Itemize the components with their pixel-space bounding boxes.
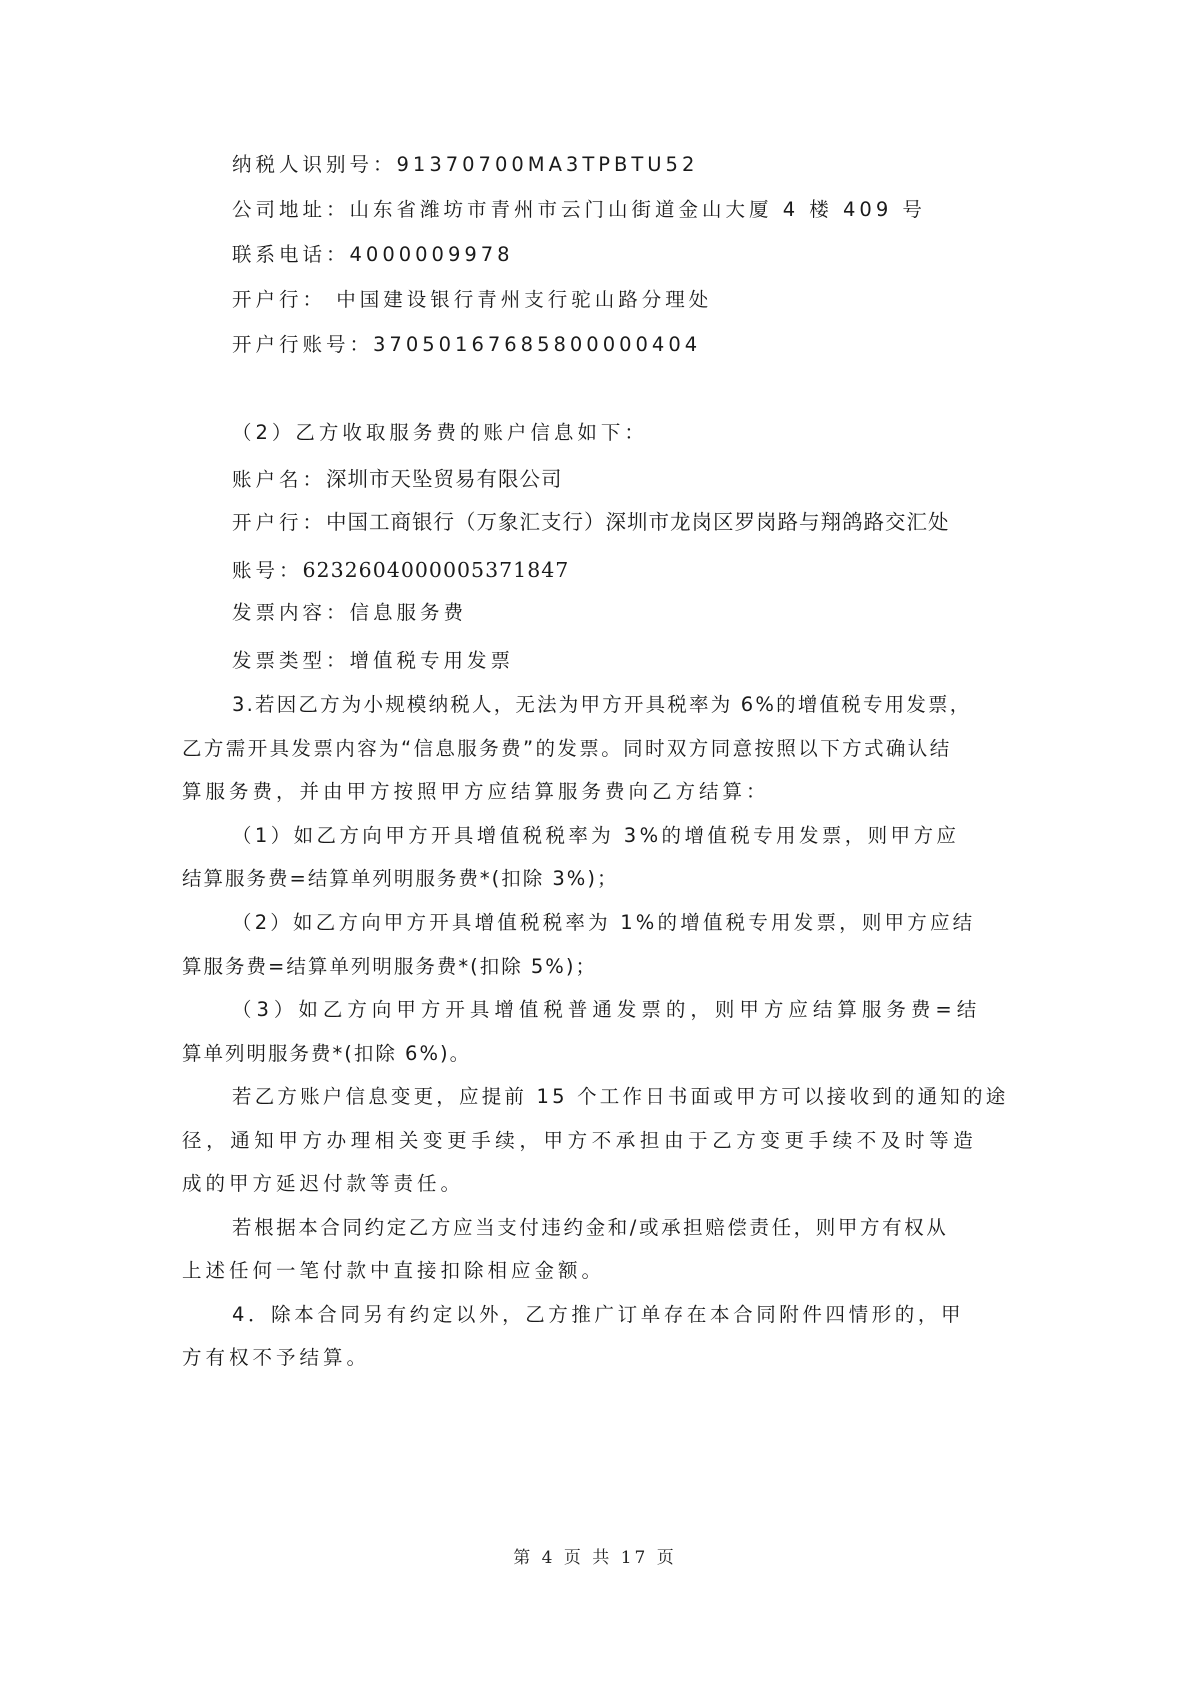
account-name-label: 账户名： [232, 468, 326, 491]
account-name-value: 深圳市天坠贸易有限公司 [326, 467, 563, 491]
party-b-bank-value: 中国工商银行（万象汇支行）深圳市龙岗区罗岗路与翔鸽路交汇处 [326, 510, 950, 534]
clause4-line-2: 方有权不予结算。 [182, 1346, 370, 1370]
party-b-bank-row: 开户行：中国工商银行（万象汇支行）深圳市龙岗区罗岗路与翔鸽路交汇处 [232, 510, 950, 535]
invoice-content: 发票内容：信息服务费 [232, 601, 467, 625]
party-b-bank-label: 开户行： [232, 511, 326, 534]
clause3-item-2-line-1: （2）如乙方向甲方开具增值税税率为 1%的增值税专用发票，则甲方应结 [232, 911, 975, 935]
document-page: 纳税人识别号：91370700MA3TPBTU52 公司地址：山东省潍坊市青州市… [0, 0, 1190, 1682]
clause3-item-1-line-1: （1）如乙方向甲方开具增值税税率为 3%的增值税专用发票，则甲方应 [232, 824, 959, 848]
taxpayer-id: 纳税人识别号：91370700MA3TPBTU52 [232, 153, 698, 177]
account-name-row: 账户名：深圳市天坠贸易有限公司 [232, 467, 563, 492]
clause3-line-2: 乙方需开具发票内容为“信息服务费”的发票。同时双方同意按照以下方式确认结 [182, 737, 952, 761]
bank-account-number: 开户行账号：37050167685800000404 [232, 333, 701, 357]
party-b-account-heading: （2）乙方收取服务费的账户信息如下： [232, 421, 648, 445]
account-number-label: 账号： [232, 559, 303, 582]
clause3-item-2-line-2: 算服务费=结算单列明服务费*(扣除 5%)； [182, 955, 597, 979]
clause3-item-3-line-2: 算单列明服务费*(扣除 6%)。 [182, 1042, 471, 1066]
deduction-line-1: 若根据本合同约定乙方应当支付违约金和/或承担赔偿责任，则甲方有权从 [232, 1216, 948, 1240]
clause4-line-1: 4．除本合同另有约定以外，乙方推广订单存在本合同附件四情形的，甲 [232, 1303, 964, 1327]
account-change-line-1: 若乙方账户信息变更，应提前 15 个工作日书面或甲方可以接收到的通知的途 [232, 1085, 1008, 1109]
page-number-footer: 第 4 页 共 17 页 [0, 1543, 1190, 1568]
account-change-line-3: 成的甲方延迟付款等责任。 [182, 1172, 464, 1196]
company-address: 公司地址：山东省潍坊市青州市云门山街道金山大厦 4 楼 409 号 [232, 198, 926, 222]
account-change-line-2: 径，通知甲方办理相关变更手续，甲方不承担由于乙方变更手续不及时等造 [182, 1129, 977, 1153]
deduction-line-2: 上述任何一笔付款中直接扣除相应金额。 [182, 1259, 605, 1283]
clause3-line-3: 算服务费，并由甲方按照甲方应结算服务费向乙方结算： [182, 780, 770, 804]
contact-phone: 联系电话：4000009978 [232, 243, 514, 267]
clause3-item-1-line-2: 结算服务费=结算单列明服务费*(扣除 3%)； [182, 867, 618, 891]
bank-name: 开户行： 中国建设银行青州支行驼山路分理处 [232, 288, 712, 312]
account-number-value: 6232604000005371847 [303, 558, 570, 582]
account-number-row: 账号：6232604000005371847 [232, 558, 569, 583]
clause3-line-1: 3.若因乙方为小规模纳税人，无法为甲方开具税率为 6%的增值税专用发票， [232, 693, 971, 717]
invoice-type: 发票类型：增值税专用发票 [232, 649, 514, 673]
clause3-item-3-line-1: （3）如乙方向甲方开具增值税普通发票的，则甲方应结算服务费=结 [232, 998, 981, 1022]
